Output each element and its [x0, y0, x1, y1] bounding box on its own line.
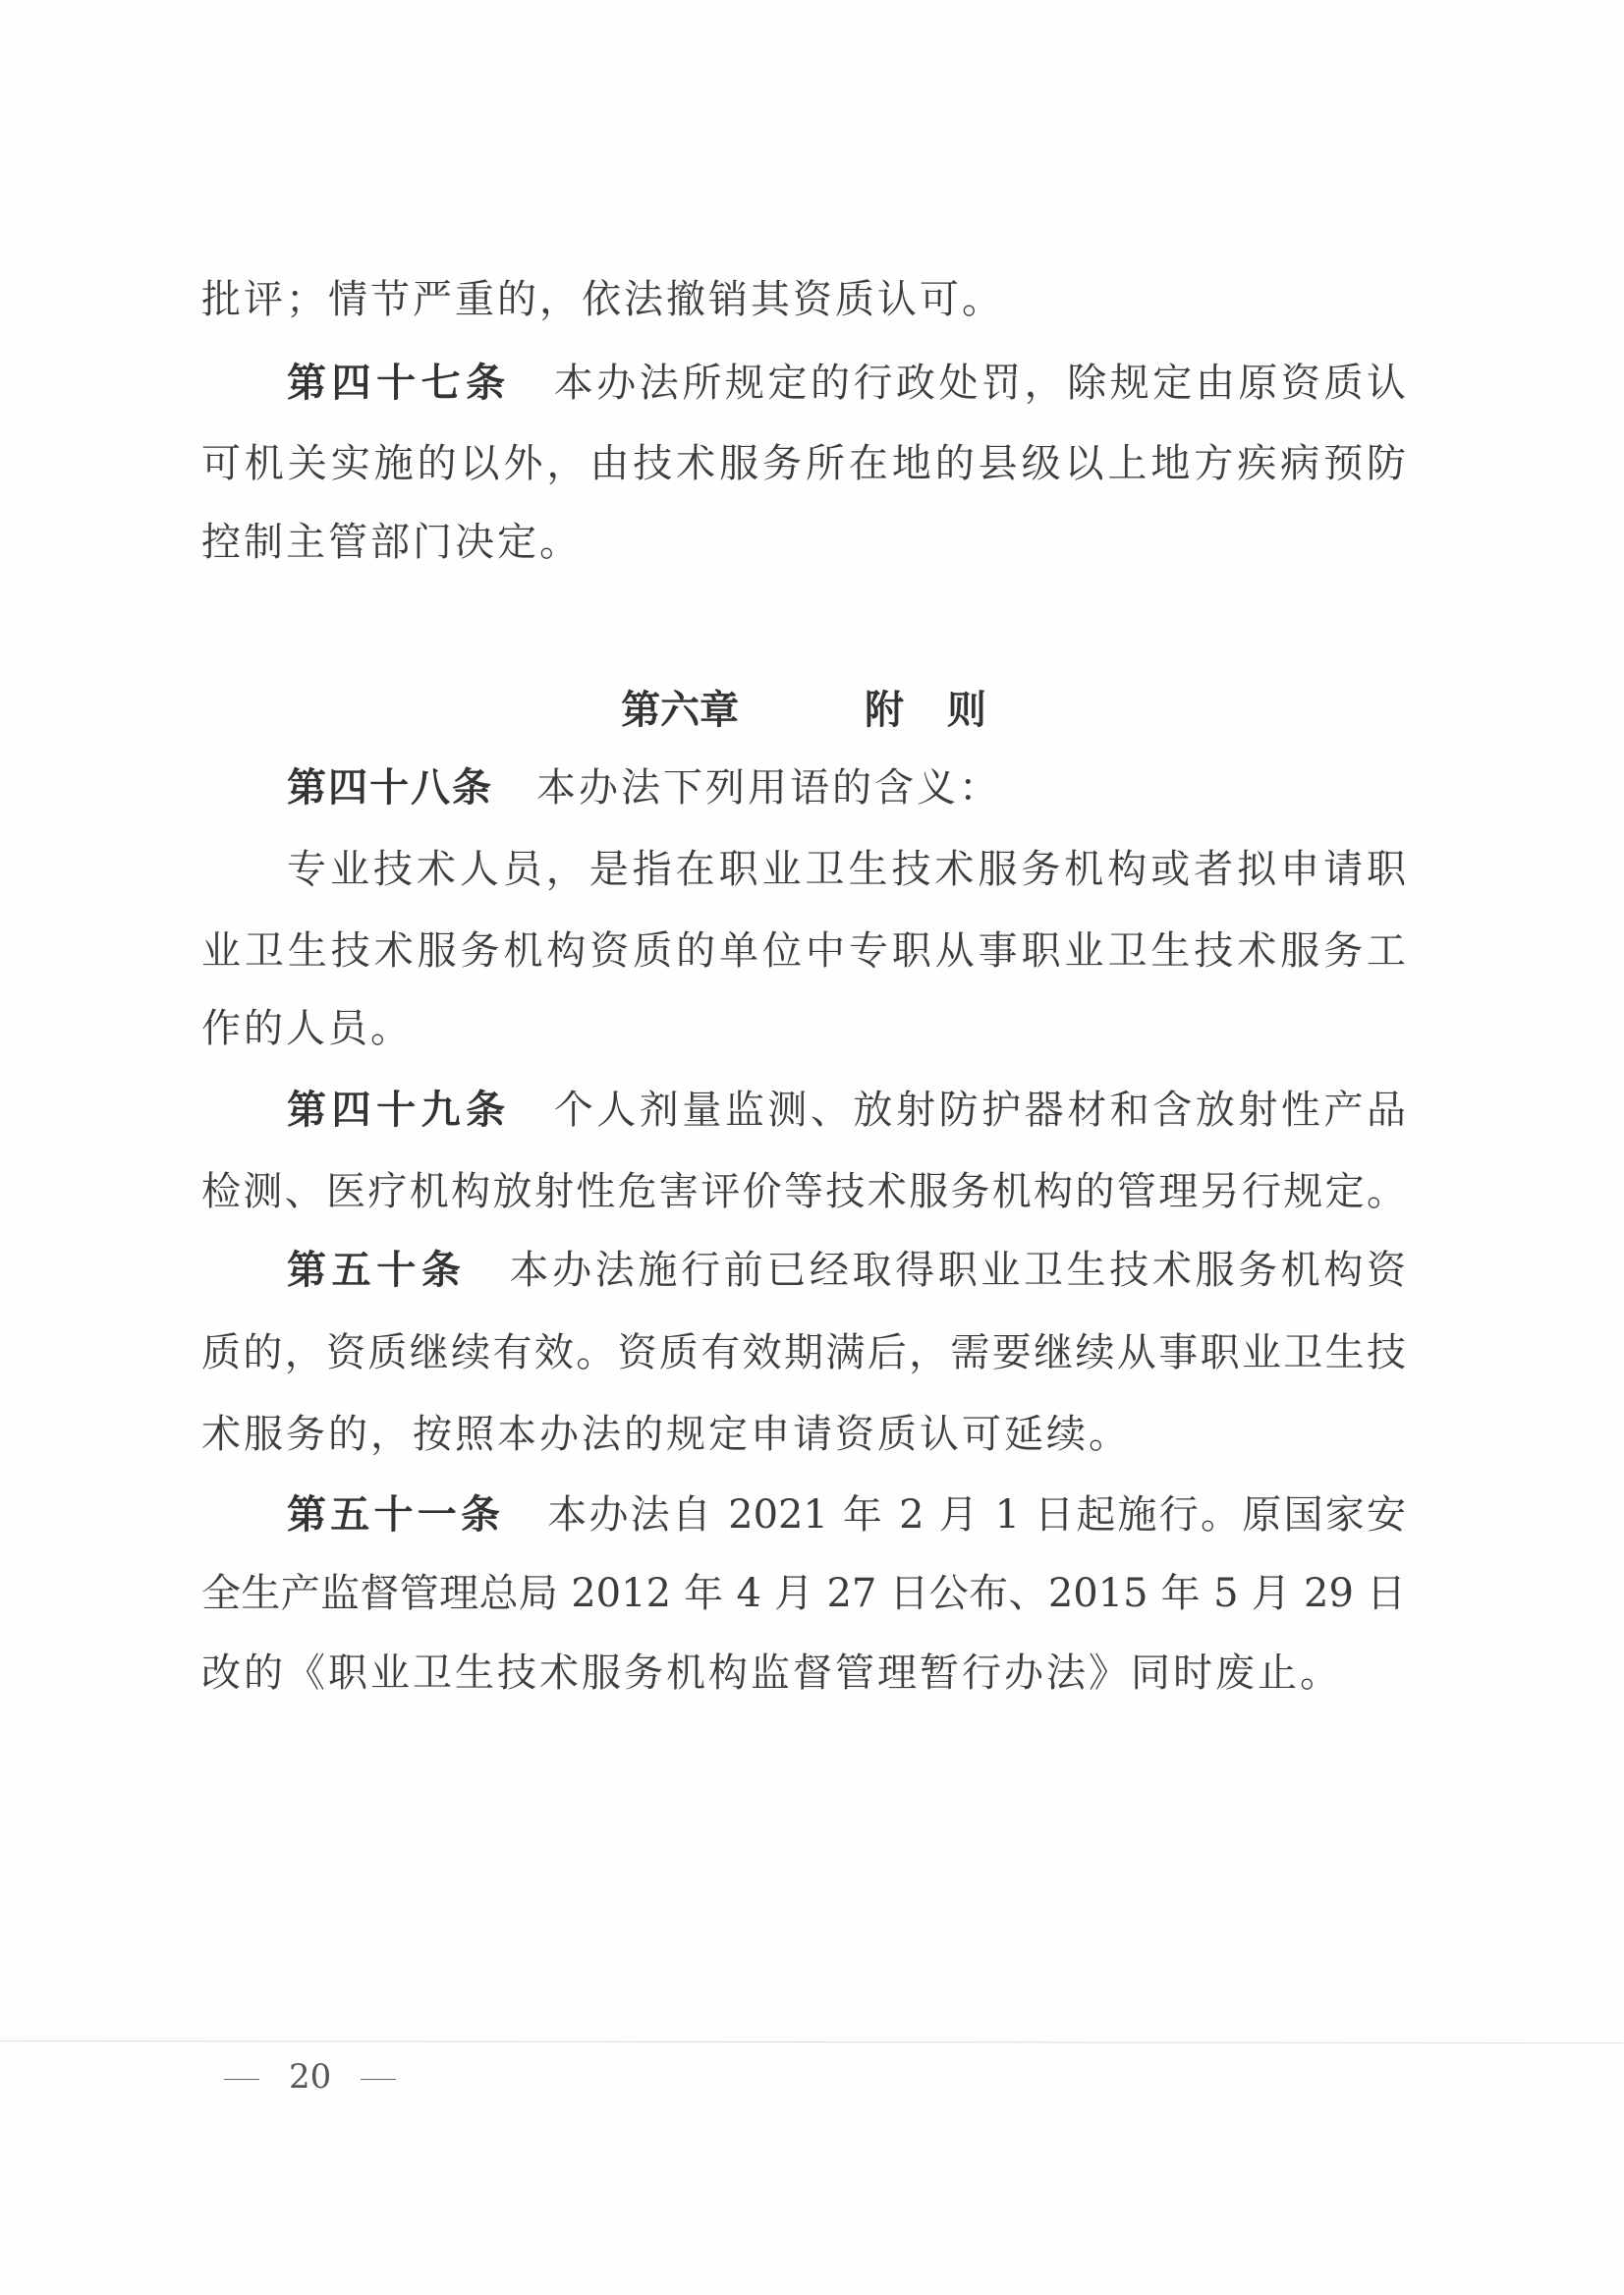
article-51-text-2: 全生产监督管理总局 2012 年 4 月 27 日公布、2015 年 5 月 2…	[201, 1571, 1406, 1618]
article-48-definition-line-1: 专业技术人员，是指在职业卫生技术服务机构或者拟申请职	[287, 845, 1406, 894]
article-47-number: 第四十七条	[287, 361, 511, 406]
article-49-text-1: 个人剂量监测、放射防护器材和含放射性产品	[554, 1088, 1406, 1133]
article-48-definition-text-3: 作的人员。	[201, 1006, 413, 1051]
document-page: 批评；情节严重的，依法撤销其资质认可。 第四十七条本办法所规定的行政处罚，除规定…	[0, 0, 1624, 2295]
article-49-line-2: 检测、医疗机构放射性危害评价等技术服务机构的管理另行规定。	[201, 1167, 1406, 1216]
article-47-line-2: 可机关实施的以外，由技术服务所在地的县级以上地方疾病预防	[201, 439, 1406, 488]
article-47-line-3: 控制主管部门决定。	[201, 518, 1406, 567]
article-51-line-2: 全生产监督管理总局 2012 年 4 月 27 日公布、2015 年 5 月 2…	[201, 1569, 1406, 1618]
continuation-line-1: 批评；情节严重的，依法撤销其资质认可。	[201, 275, 1406, 324]
chapter-heading: 第六章 附 则	[201, 686, 1406, 735]
footer-divider	[0, 2041, 1624, 2043]
continuation-text: 批评；情节严重的，依法撤销其资质认可。	[201, 277, 1004, 322]
article-51-line-3: 改的《职业卫生技术服务机构监督管理暂行办法》同时废止。	[201, 1649, 1406, 1698]
article-49-line-1: 第四十九条个人剂量监测、放射防护器材和含放射性产品	[287, 1086, 1406, 1135]
article-49-number: 第四十九条	[287, 1088, 511, 1133]
article-47-text-3: 控制主管部门决定。	[201, 520, 582, 565]
article-48-number: 第四十八条	[287, 765, 493, 811]
article-50-text-1: 本办法施行前已经取得职业卫生技术服务机构资	[510, 1248, 1407, 1293]
chapter-number: 第六章	[621, 688, 739, 733]
article-50-text-2: 质的，资质继续有效。资质有效期满后，需要继续从事职业卫生技	[201, 1330, 1406, 1375]
page-number: 20	[224, 2055, 396, 2099]
article-51-number: 第五十一条	[287, 1492, 504, 1538]
article-50-line-2: 质的，资质继续有效。资质有效期满后，需要继续从事职业卫生技	[201, 1328, 1406, 1377]
chapter-title: 附 则	[865, 688, 986, 733]
article-49-text-2: 检测、医疗机构放射性危害评价等技术服务机构的管理另行规定。	[201, 1169, 1406, 1214]
article-50-line-1: 第五十条本办法施行前已经取得职业卫生技术服务机构资	[287, 1246, 1406, 1295]
page-number-value: 20	[289, 2055, 331, 2099]
article-50-text-3: 术服务的，按照本办法的规定申请资质认可延续。	[201, 1412, 1131, 1457]
article-48-line-1: 第四十八条本办法下列用语的含义：	[287, 763, 1406, 812]
article-51-line-1: 第五十一条本办法自 2021 年 2 月 1 日起施行。原国家安	[287, 1490, 1406, 1539]
article-48-definition-line-3: 作的人员。	[201, 1004, 1406, 1053]
page-number-dash-left	[224, 2079, 259, 2080]
article-51-text-1: 本办法自 2021 年 2 月 1 日起施行。原国家安	[547, 1492, 1406, 1538]
article-50-line-3: 术服务的，按照本办法的规定申请资质认可延续。	[201, 1410, 1406, 1459]
article-47-text-1: 本办法所规定的行政处罚，除规定由原资质认	[554, 361, 1406, 406]
article-50-number: 第五十条	[287, 1248, 467, 1293]
article-48-definition-text-2: 业卫生技术服务机构资质的单位中专职从事职业卫生技术服务工	[201, 928, 1406, 974]
article-47-line-1: 第四十七条本办法所规定的行政处罚，除规定由原资质认	[287, 359, 1406, 408]
article-48-definition-text-1: 专业技术人员，是指在职业卫生技术服务机构或者拟申请职	[287, 847, 1406, 892]
article-48-text-1: 本办法下列用语的含义：	[536, 765, 1001, 811]
article-51-text-3: 改的《职业卫生技术服务机构监督管理暂行办法》同时废止。	[201, 1651, 1342, 1696]
article-48-definition-line-2: 业卫生技术服务机构资质的单位中专职从事职业卫生技术服务工	[201, 926, 1406, 976]
article-47-text-2: 可机关实施的以外，由技术服务所在地的县级以上地方疾病预防	[201, 441, 1406, 486]
page-number-dash-right	[361, 2079, 396, 2080]
